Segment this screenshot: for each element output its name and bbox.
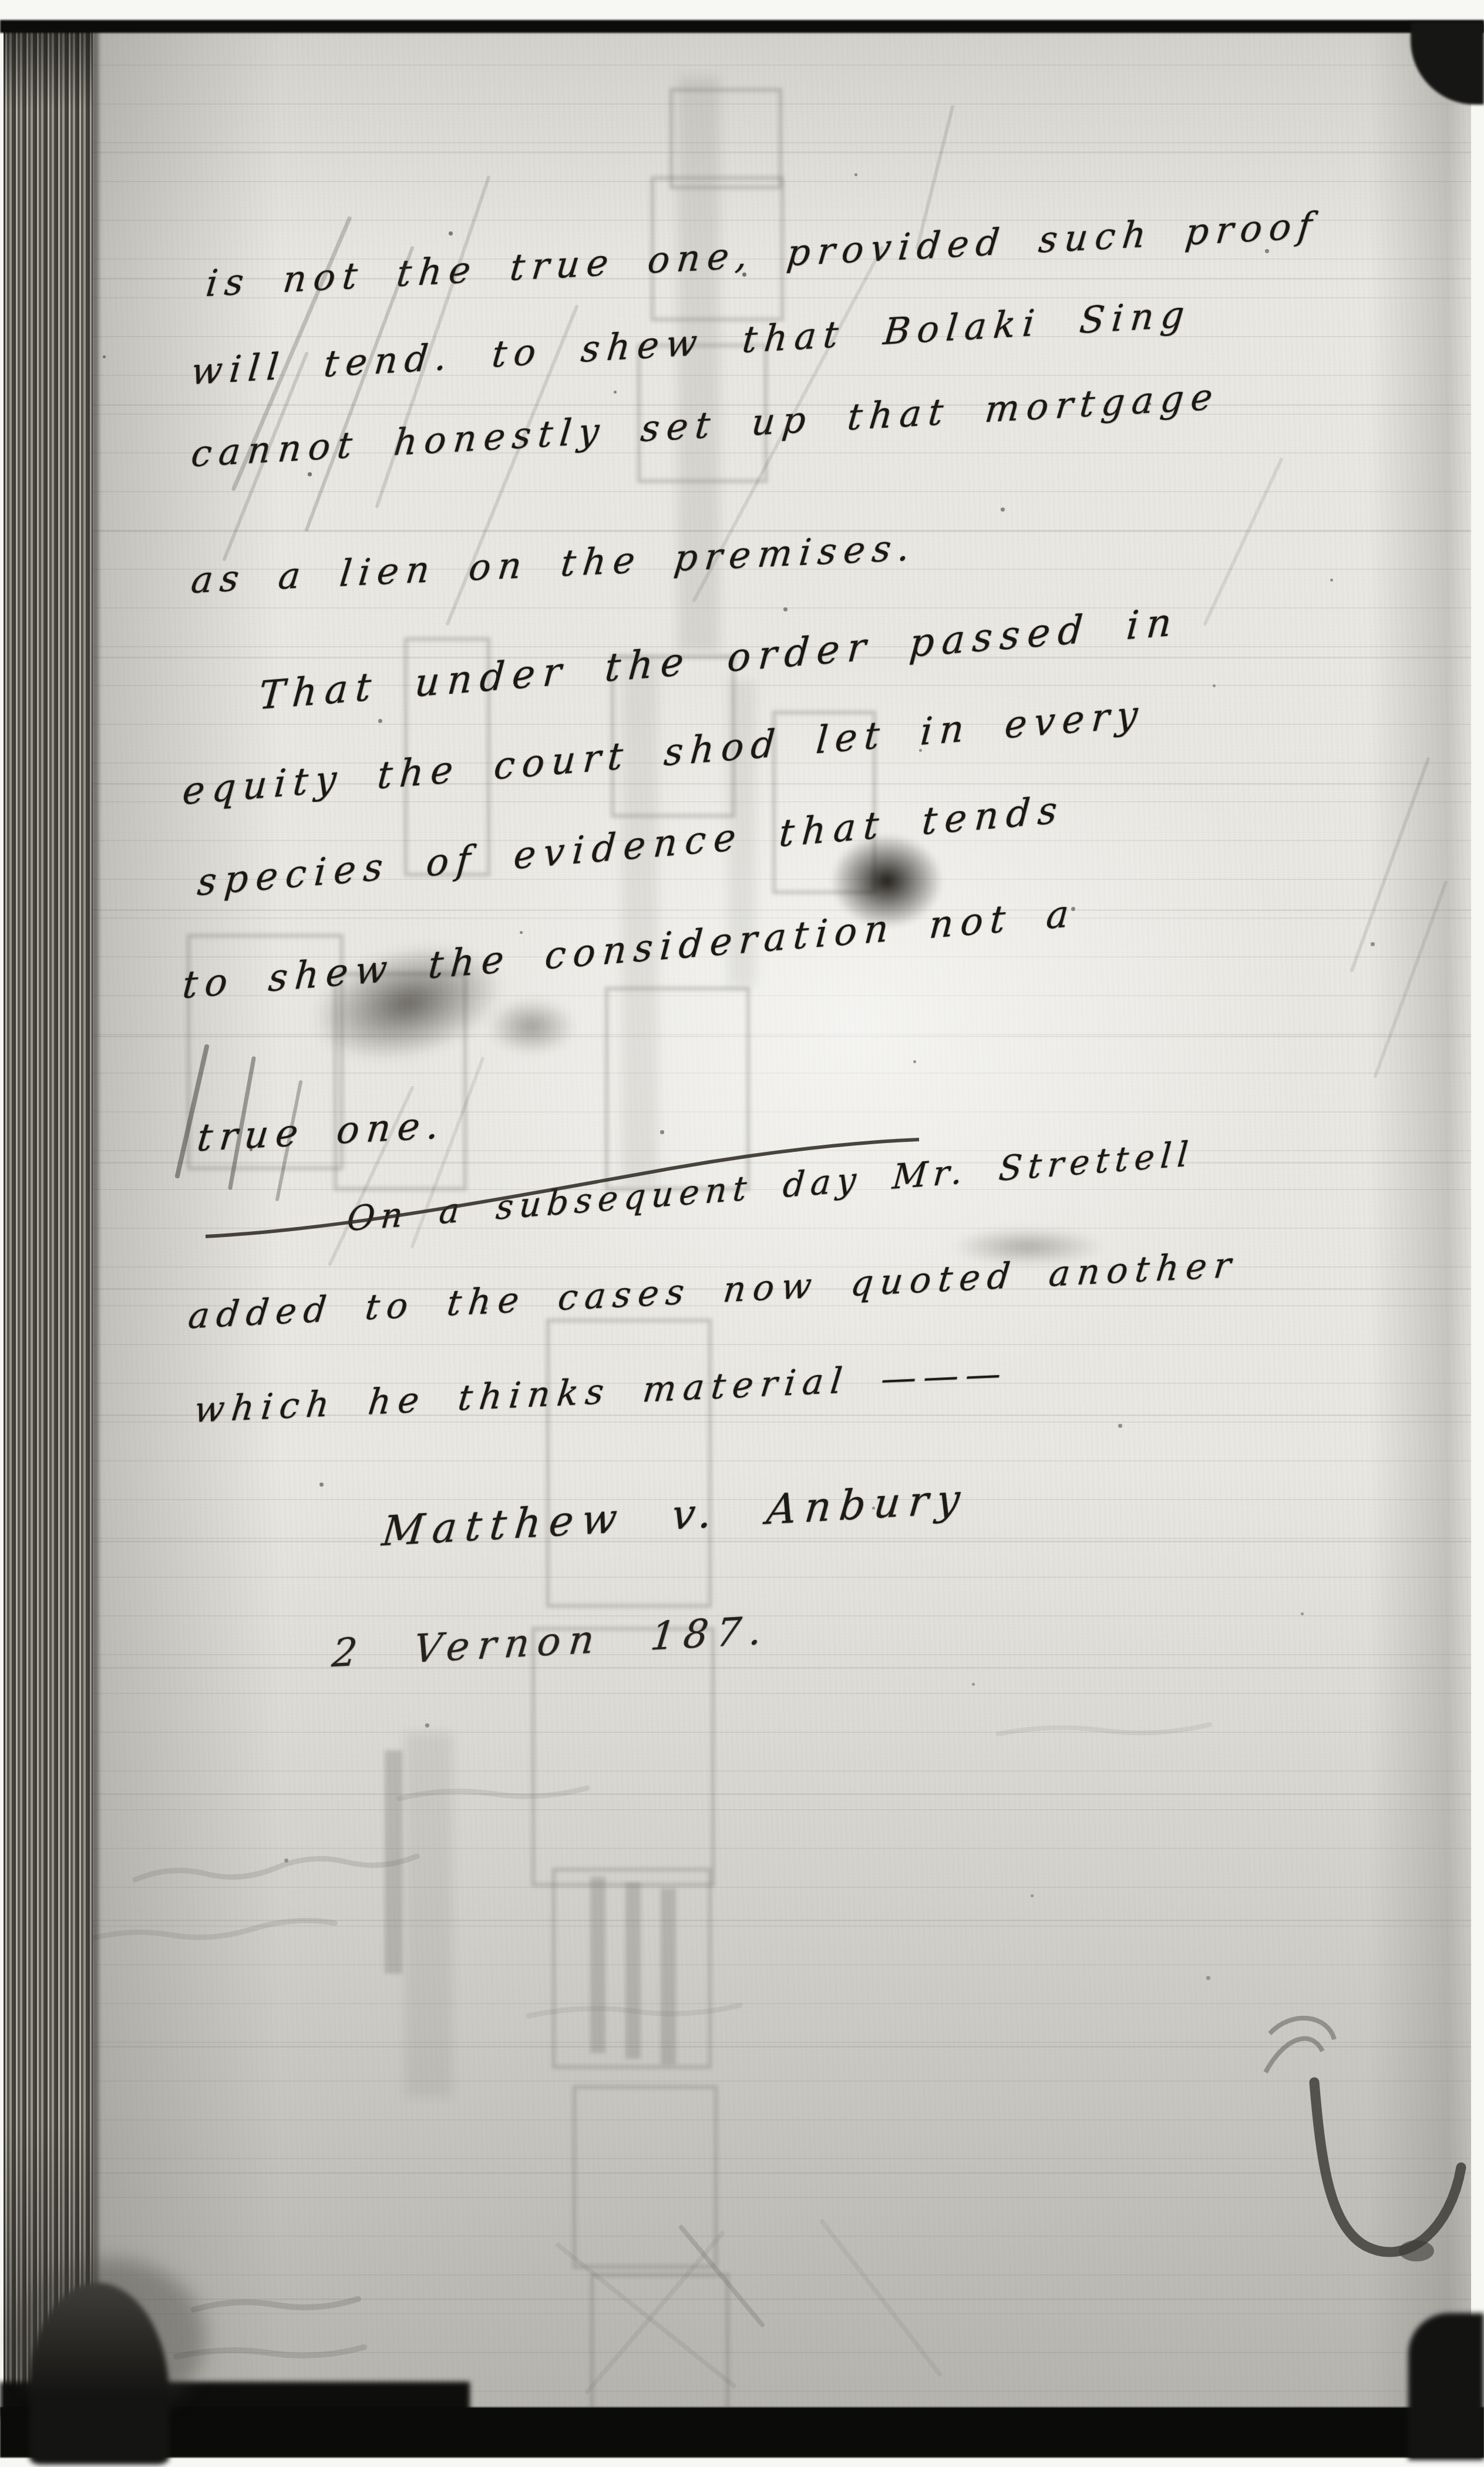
scanner-background: is not the true one, provided such proof… — [0, 0, 1484, 2467]
manuscript-page: is not the true one, provided such proof… — [4, 27, 1471, 2407]
binding-gutter — [4, 27, 93, 2407]
ink-smudge — [487, 999, 576, 1054]
page-top-edge — [0, 20, 1484, 33]
bottom-shading — [4, 1467, 1471, 2407]
page-bottom-edge — [0, 2407, 1484, 2458]
binding-fold-shadow — [92, 27, 99, 2407]
bottom-right-shadow — [1408, 2313, 1484, 2460]
